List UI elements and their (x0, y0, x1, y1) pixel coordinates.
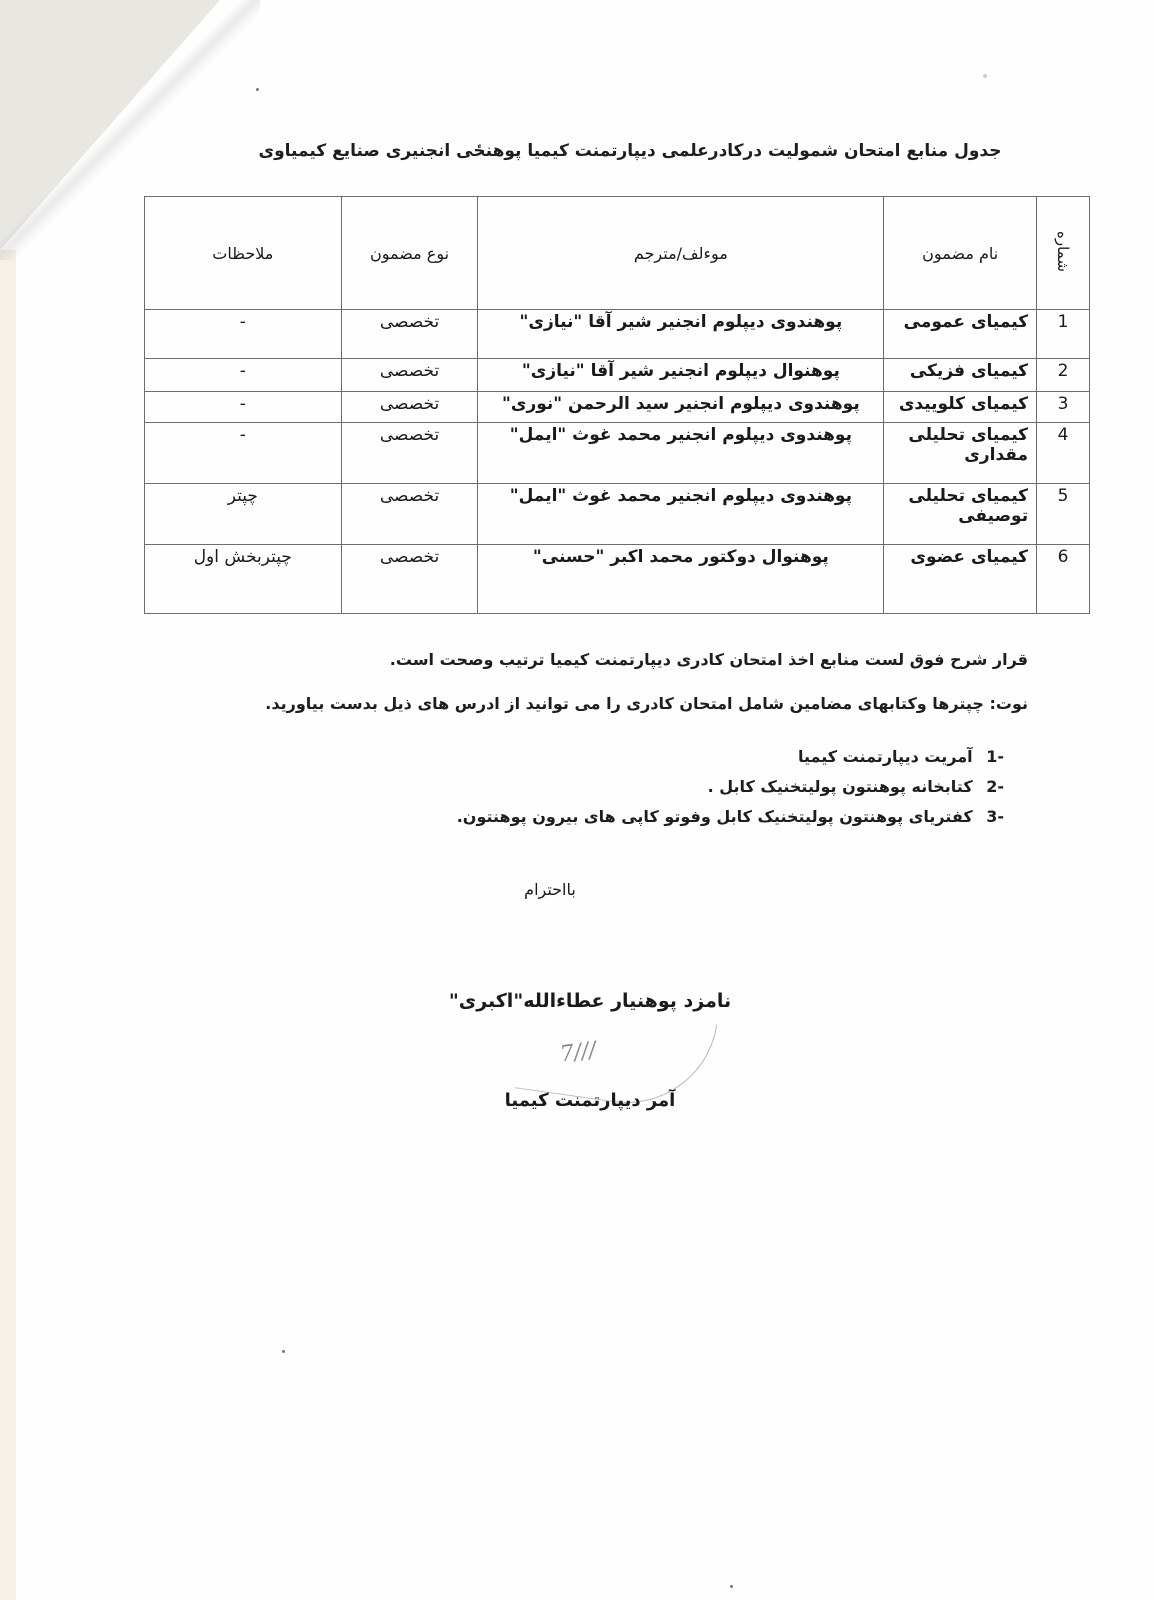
exam-sources-table: شماره نام مضمون موءلف/مترجم نوع مضمون مل… (144, 196, 1090, 614)
row-notes: - (145, 359, 342, 392)
row-type: تخصصی (341, 484, 478, 545)
row-notes: - (145, 423, 342, 484)
page-edge (0, 250, 16, 1600)
header-number: شماره (1037, 197, 1090, 310)
table-row: 1 کیمیای عمومی پوهندوی دیپلوم انجنیر شیر… (145, 310, 1090, 359)
header-subject-type: نوع مضمون (341, 197, 478, 310)
list-number: 1- (986, 742, 1004, 772)
scan-speck (282, 1350, 285, 1353)
list-item: 2- کتابخانه پوهنتون پولیتخنیک کابل . (457, 772, 1004, 802)
row-subject-name: کیمیای تحلیلی توصیفی (884, 484, 1037, 545)
row-number: 2 (1037, 359, 1090, 392)
row-subject-name: کیمیای کلوییدی (884, 392, 1037, 423)
statement-paragraph: قرار شرح فوق لست منابع اخذ امتحان کادری … (390, 650, 1028, 669)
row-type: تخصصی (341, 423, 478, 484)
row-type: تخصصی (341, 359, 478, 392)
scan-speck (983, 74, 987, 78)
note-paragraph: نوت: چپترها وکتابهای مضامین شامل امتحان … (265, 694, 1028, 713)
row-number: 1 (1037, 310, 1090, 359)
list-text: آمریت دیپارتمنت کیمیا (798, 747, 973, 766)
folded-corner-shadow (0, 0, 260, 260)
row-subject-name: کیمیای فزیکی (884, 359, 1037, 392)
row-type: تخصصی (341, 545, 478, 614)
table-row: 3 کیمیای کلوییدی پوهندوی دیپلوم انجنیر س… (145, 392, 1090, 423)
row-author: پوهنوال دوکتور محمد اکبر "حسنی" (478, 545, 884, 614)
row-notes: - (145, 392, 342, 423)
signer-role: آمر دیپارتمنت کیمیا (470, 1090, 710, 1111)
row-subject-name: کیمیای عضوی (884, 545, 1037, 614)
list-item: 1- آمریت دیپارتمنت کیمیا (457, 742, 1004, 772)
table-row: 2 کیمیای فزیکی پوهنوال دیپلوم انجنیر شیر… (145, 359, 1090, 392)
row-author: پوهندوی دیپلوم انجنیر محمد غوث "ایمل" (478, 423, 884, 484)
row-number: 4 (1037, 423, 1090, 484)
locations-list: 1- آمریت دیپارتمنت کیمیا 2- کتابخانه پوه… (457, 742, 1004, 832)
row-number: 3 (1037, 392, 1090, 423)
row-number: 5 (1037, 484, 1090, 545)
row-notes: - (145, 310, 342, 359)
row-author: پوهندوی دیپلوم انجنیر شیر آقا "نیازی" (478, 310, 884, 359)
row-subject-name: کیمیای تحلیلی مقداری (884, 423, 1037, 484)
document-title: جدول منابع امتحان شمولیت درکادرعلمی دیپا… (230, 140, 1030, 162)
scan-speck (730, 1585, 733, 1588)
table-row: 4 کیمیای تحلیلی مقداری پوهندوی دیپلوم ان… (145, 423, 1090, 484)
table-row: 6 کیمیای عضوی پوهنوال دوکتور محمد اکبر "… (145, 545, 1090, 614)
row-type: تخصصی (341, 310, 478, 359)
list-text: کتابخانه پوهنتون پولیتخنیک کابل . (708, 777, 973, 796)
closing-regards: بااحترام (500, 880, 600, 899)
row-type: تخصصی (341, 392, 478, 423)
row-notes: چپتربخش اول (145, 545, 342, 614)
row-author: پوهندوی دیپلوم انجنیر محمد غوث "ایمل" (478, 484, 884, 545)
handwritten-signature: 7/// (558, 1038, 597, 1068)
table-header-row: شماره نام مضمون موءلف/مترجم نوع مضمون مل… (145, 197, 1090, 310)
row-notes: چپتر (145, 484, 342, 545)
scanned-page: جدول منابع امتحان شمولیت درکادرعلمی دیپا… (0, 0, 1154, 1600)
header-subject-name: نام مضمون (884, 197, 1037, 310)
header-author-translator: موءلف/مترجم (478, 197, 884, 310)
row-author: پوهنوال دیپلوم انجنیر شیر آقا "نیازی" (478, 359, 884, 392)
list-item: 3- کفتریای پوهنتون پولیتخنیک کابل وفوتو … (457, 802, 1004, 832)
list-number: 3- (986, 802, 1004, 832)
row-number: 6 (1037, 545, 1090, 614)
row-author: پوهندوی دیپلوم انجنیر سید الرحمن "نوری" (478, 392, 884, 423)
row-subject-name: کیمیای عمومی (884, 310, 1037, 359)
list-number: 2- (986, 772, 1004, 802)
table-row: 5 کیمیای تحلیلی توصیفی پوهندوی دیپلوم ان… (145, 484, 1090, 545)
list-text: کفتریای پوهنتون پولیتخنیک کابل وفوتو کاپ… (457, 807, 973, 826)
